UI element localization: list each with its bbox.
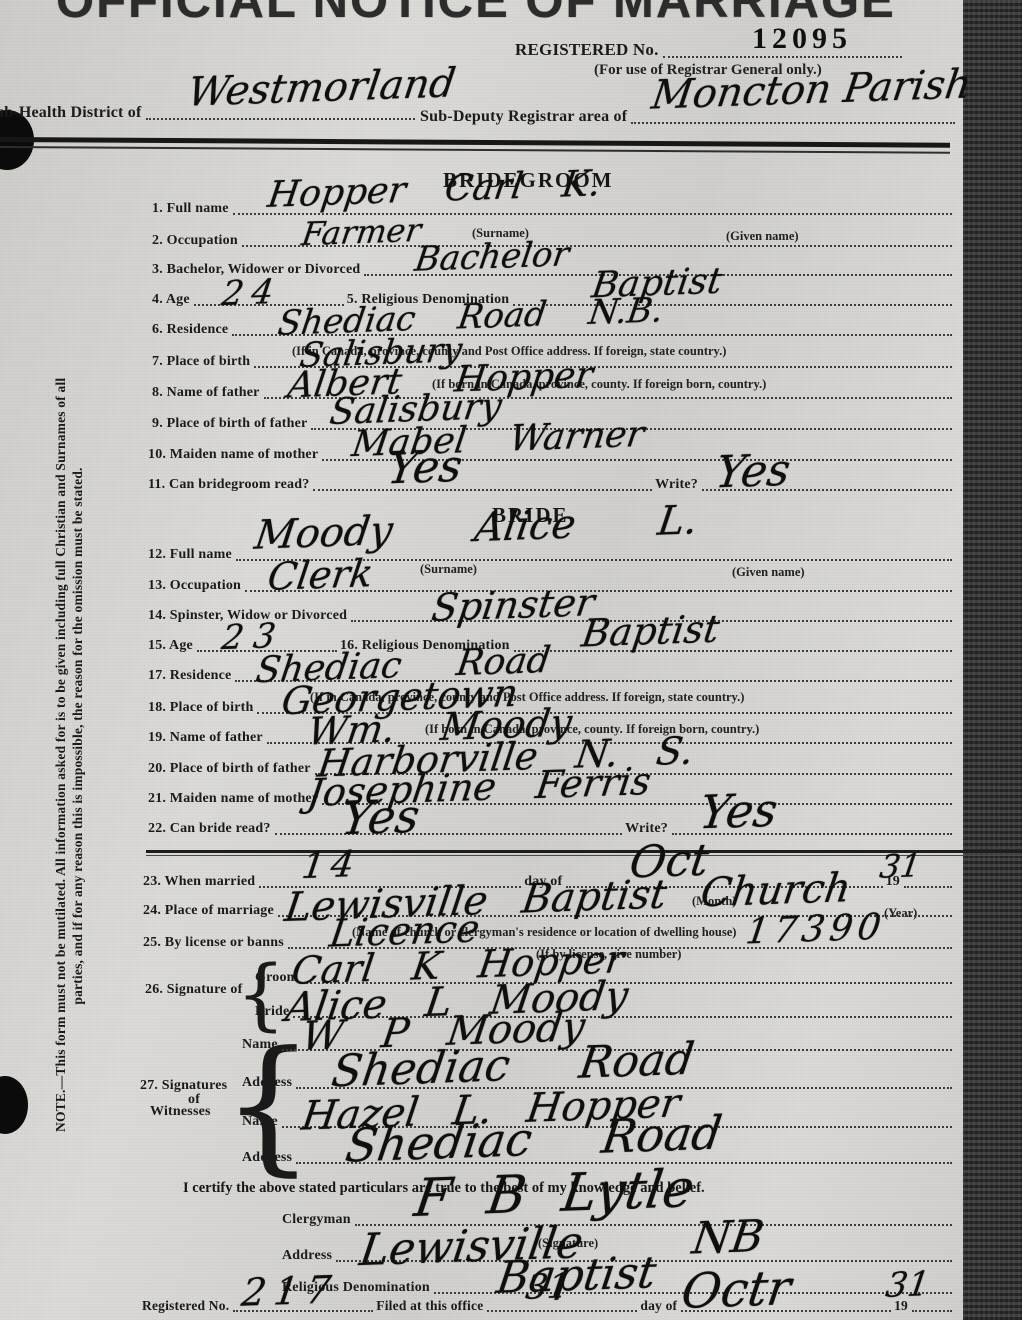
field-label: 1. Full name: [152, 201, 229, 217]
margin-note-line1: NOTE.—This form must not be mutilated. A…: [52, 340, 69, 1132]
handwriting-groom-write: Yes: [713, 449, 793, 496]
handwriting-denomination: Baptist: [494, 1251, 659, 1301]
groom-read-write-row: 11. Can bridegroom read? Write?: [148, 477, 955, 493]
handwriting-area: Moncton Parish: [649, 64, 973, 115]
field-label: 9. Place of birth of father: [152, 416, 307, 432]
field-label: Clergyman: [282, 1212, 351, 1228]
field-label: 4. Age: [152, 292, 190, 308]
margin-note: NOTE.—This form must not be mutilated. A…: [52, 340, 86, 1132]
field-label: 18. Place of birth: [148, 700, 253, 716]
field-label: 25. By license or banns: [143, 935, 284, 951]
field-label: 10. Maiden name of mother: [148, 447, 318, 463]
field-label: 21. Maiden name of mother: [148, 791, 318, 807]
field-label: 11. Can bridegroom read?: [148, 477, 309, 493]
field-label: 22. Can bride read?: [148, 821, 271, 837]
handwriting-filing-month: Octr: [679, 1264, 794, 1316]
field-label: Filed at this office: [376, 1298, 483, 1314]
handwriting-filing-registered-no: 217: [239, 1270, 341, 1312]
scan-edge-band: [963, 0, 1022, 1320]
handwriting-bride-read: Yes: [339, 793, 423, 842]
handwriting-when-day: 14: [299, 847, 362, 885]
field-label: Address: [242, 1075, 292, 1091]
dotted-line: [912, 1307, 952, 1312]
signature-of-label-row: 26. Signature of: [145, 982, 245, 998]
handwriting-bride-write: Yes: [697, 787, 781, 836]
punch-hole-bottom: [0, 1076, 28, 1134]
field-label: Write?: [625, 821, 668, 837]
field-label: Write?: [655, 477, 698, 493]
field-label: 2. Occupation: [152, 233, 238, 249]
field-label: Address: [242, 1150, 292, 1166]
field-label: 15. Age: [148, 638, 193, 654]
field-label: Witnesses: [150, 1104, 211, 1120]
field-label: 19. Name of father: [148, 730, 263, 746]
handwriting-bride-occupation: Clerk: [265, 554, 375, 596]
handwriting-license-number: 17390: [743, 909, 888, 950]
field-label: Registered No.: [142, 1298, 229, 1314]
dotted-line: [487, 1307, 637, 1312]
handwriting-groom-age: 24: [220, 275, 284, 311]
registered-no-value: 12095: [752, 22, 852, 56]
field-label: 6. Residence: [152, 322, 228, 338]
dotted-line: [275, 830, 623, 835]
field-label: 17. Residence: [148, 668, 231, 684]
surname-hint: (Surname): [420, 562, 477, 577]
registered-no-label: REGISTERED No.: [515, 40, 659, 60]
bride-read-write-row: 22. Can bride read? Write?: [148, 821, 955, 837]
field-label: Name: [242, 1037, 278, 1053]
field-label: 8. Name of father: [152, 385, 260, 401]
field-label: 20. Place of birth of father: [148, 761, 311, 777]
handwriting-bride-religion: Baptist: [579, 610, 721, 653]
handwriting-year: 31: [878, 849, 923, 883]
margin-note-line2: parties, and if for any reason this is i…: [69, 340, 86, 1132]
handwriting-district: Westmorland: [185, 63, 458, 113]
handwriting-bride-status: Spinster: [429, 583, 597, 627]
field-label: 26. Signature of: [145, 982, 242, 998]
field-label: 7. Place of birth: [152, 354, 250, 370]
handwriting-filing-day: 31: [524, 1269, 572, 1305]
area-label: Sub-Deputy Registrar area of: [420, 108, 627, 126]
district-label: Sub-Health District of: [0, 104, 142, 122]
dotted-line: [631, 119, 955, 124]
handwriting-groom-occupation: Farmer: [300, 214, 423, 250]
header-divider-rule: [0, 137, 950, 154]
field-label: 24. Place of marriage: [143, 903, 274, 919]
field-label: 12. Full name: [148, 547, 232, 563]
scanned-marriage-notice: OFFICIAL NOTICE OF MARRIAGE REGISTERED N…: [0, 0, 1022, 1320]
handwriting-groom-read: Yes: [385, 445, 465, 492]
dotted-line: [313, 486, 652, 491]
field-label: Address: [282, 1248, 332, 1264]
handwriting-groom-status: Bachelor: [413, 237, 572, 277]
field-label: day of: [640, 1298, 677, 1314]
field-label: Name: [242, 1114, 278, 1130]
field-label: 13. Occupation: [148, 578, 241, 594]
field-label: 23. When married: [143, 874, 255, 890]
handwriting-filing-year: 31: [884, 1267, 932, 1303]
